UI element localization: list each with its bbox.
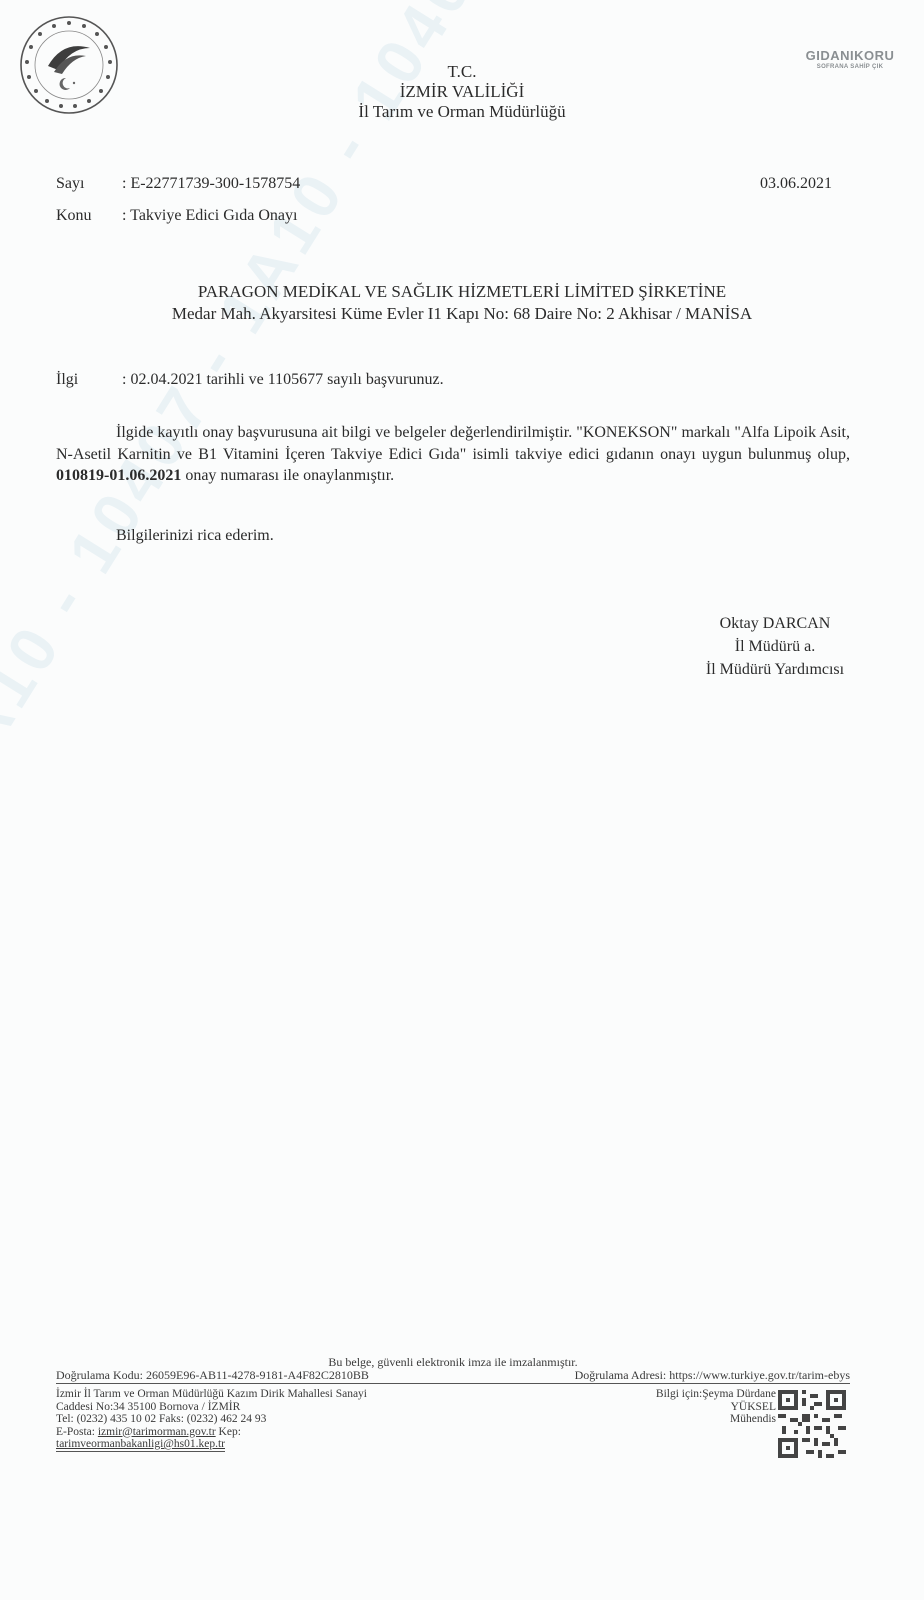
related-label: İlgi — [56, 371, 122, 389]
signatory-title1: İl Müdürü a. — [640, 635, 910, 658]
body-paragraph: İlgide kayıtlı onay başvurusuna ait bilg… — [56, 422, 850, 487]
related-reference: İlgi: 02.04.2021 tarihli ve 1105677 sayı… — [56, 371, 444, 389]
letter-date: 03.06.2021 — [760, 175, 832, 193]
email-label: E-Posta: — [56, 1426, 98, 1438]
header-directorate: İl Tarım ve Orman Müdürlüğü — [0, 102, 924, 122]
signatory-name: Oktay DARCAN — [640, 612, 910, 635]
info-line3: Mühendis — [600, 1413, 776, 1426]
subject-value: : Takviye Edici Gıda Onayı — [122, 207, 297, 224]
phone-line: Tel: (0232) 435 10 02 Faks: (0232) 462 2… — [56, 1413, 367, 1426]
closing-line: Bilgilerinizi rica ederim. — [116, 527, 274, 545]
header-country: T.C. — [0, 62, 924, 82]
email-line: E-Posta: izmir@tarimorman.gov.tr Kep: — [56, 1426, 367, 1439]
reference-number-row: Sayı: E-22771739-300-1578754 — [56, 175, 300, 193]
signatory-title2: İl Müdürü Yardımcısı — [640, 658, 910, 681]
info-line2: YÜKSEL — [600, 1401, 776, 1414]
recipient-name: PARAGON MEDİKAL VE SAĞLIK HİZMETLERİ LİM… — [0, 281, 924, 303]
recipient-address: Medar Mah. Akyarsitesi Küme Evler I1 Kap… — [0, 303, 924, 325]
signature-block: Oktay DARCAN İl Müdürü a. İl Müdürü Yard… — [640, 612, 910, 681]
body-text-part1: İlgide kayıtlı onay başvurusuna ait bilg… — [56, 424, 850, 463]
header-governorship: İZMİR VALİLİĞİ — [0, 82, 924, 102]
address-line1: İzmir İl Tarım ve Orman Müdürlüğü Kazım … — [56, 1388, 367, 1401]
kep-link[interactable]: tarimveormanbakanligi@hs01.kep.tr — [56, 1438, 225, 1452]
subject-row: Konu: Takviye Edici Gıda Onayı — [56, 207, 297, 225]
verification-row: Doğrulama Kodu: 26059E96-AB11-4278-9181-… — [56, 1369, 850, 1384]
approval-number: 010819-01.06.2021 — [56, 467, 181, 484]
verification-address[interactable]: Doğrulama Adresi: https://www.turkiye.go… — [575, 1369, 850, 1382]
info-contact: Bilgi için:Şeyma Dürdane YÜKSEL Mühendis — [600, 1388, 776, 1426]
reference-label: Sayı — [56, 175, 122, 193]
qr-code-icon — [778, 1390, 846, 1458]
subject-label: Konu — [56, 207, 122, 225]
reference-value: : E-22771739-300-1578754 — [122, 175, 300, 192]
letter-header: T.C. İZMİR VALİLİĞİ İl Tarım ve Orman Mü… — [0, 62, 924, 122]
contact-block: İzmir İl Tarım ve Orman Müdürlüğü Kazım … — [56, 1388, 367, 1452]
body-text-part2: onay numarası ile onaylanmıştır. — [181, 467, 394, 484]
info-line1: Bilgi için:Şeyma Dürdane — [600, 1388, 776, 1401]
address-line2: Caddesi No:34 35100 Bornova / İZMİR — [56, 1401, 367, 1414]
email-link[interactable]: izmir@tarimorman.gov.tr — [98, 1426, 216, 1438]
recipient-block: PARAGON MEDİKAL VE SAĞLIK HİZMETLERİ LİM… — [0, 281, 924, 325]
kep-label: Kep: — [216, 1426, 241, 1438]
related-value: : 02.04.2021 tarihli ve 1105677 sayılı b… — [122, 371, 444, 388]
letter-body: İlgide kayıtlı onay başvurusuna ait bilg… — [56, 422, 850, 487]
verification-code: Doğrulama Kodu: 26059E96-AB11-4278-9181-… — [56, 1369, 369, 1382]
brand-name: GIDANIKORU — [790, 48, 910, 63]
